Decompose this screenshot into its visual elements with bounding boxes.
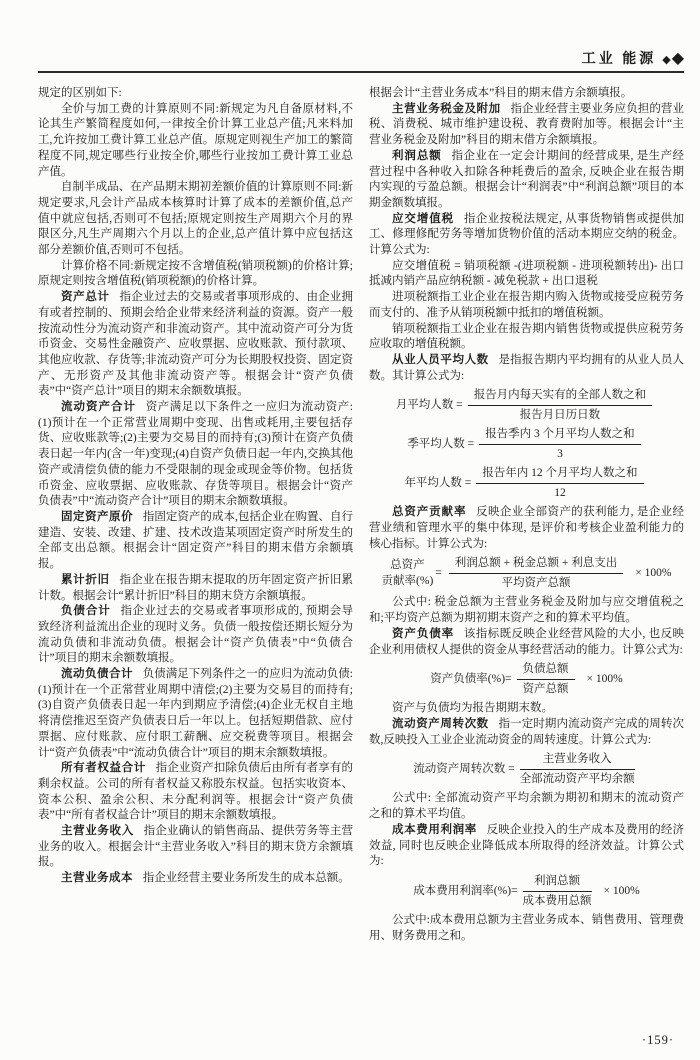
paragraph: 固定资产原价指固定资产的成本,包括企业在购置、自行建造、安装、改建、扩建、技术改… bbox=[38, 510, 353, 573]
formula-lhs: 流动资产周转次数 = bbox=[413, 762, 514, 777]
paragraph: 累计折旧指企业在报告期末提取的历年固定资产折旧累计数。根据会计“累计折旧”科目的… bbox=[38, 573, 353, 604]
fraction: 利润总额 + 税金总额 + 利息支出平均资产总额 bbox=[449, 556, 623, 591]
paragraph-text: 资产与负债均为报告期期末数。 bbox=[392, 702, 553, 714]
formula: 季平均人数 =报告季内 3 个月平均人数之和3 bbox=[369, 427, 684, 462]
formula-lhs: 年平均人数 = bbox=[404, 476, 471, 491]
paragraph: 利润总额指企业在一定会计期间的经营成果, 是生产经营过程中各种收入扣除各种耗费后… bbox=[369, 149, 684, 212]
paragraph-text: 计算价格不同:新规定按不含增值税(销项税额)的价格计算;原规定则按含增值税(销项… bbox=[38, 260, 353, 288]
section-title: 工业 能源 bbox=[582, 52, 657, 67]
term-heading: 流动负债合计 bbox=[61, 668, 133, 680]
formula: 总资产贡献率(%)=利润总额 + 税金总额 + 利息支出平均资产总额× 100% bbox=[369, 556, 684, 591]
paragraph: 所有者权益合计指企业资产扣除负债后由所有者享有的剩余权益。公司的所有者权益又称股… bbox=[38, 761, 353, 824]
right-column: 根据会计“主营业务成本”科目的期末借方余额填报。主营业务税金及附加指企业经营主要… bbox=[369, 86, 684, 1036]
fraction: 主营业务收入全部流动资产平均余额 bbox=[520, 752, 635, 787]
diamond-icon-large: ◆ bbox=[672, 50, 684, 67]
term-heading: 总资产贡献率 bbox=[392, 506, 466, 518]
two-column-content: 规定的区别如下:全价与加工费的计算原则不同:新规定为凡自备原材料,不论其生产繁简… bbox=[38, 86, 684, 1036]
paragraph: 公式中: 全部流动资产平均余额为期初和期末的流动资产之和的算术平均值。 bbox=[369, 791, 684, 822]
fraction: 利润总额成本费用总额 bbox=[523, 874, 592, 909]
term-heading: 负债合计 bbox=[61, 605, 111, 617]
paragraph: 进项税额指工业企业在报告期内购入货物或接受应税劳务而支付的、准予从销项税额中抵扣… bbox=[369, 290, 684, 321]
term-heading: 流动资产合计 bbox=[61, 401, 136, 413]
paragraph: 主营业务收入指企业确认的销售商品、提供劳务等主营业务的收入。根据会计“主营业务收… bbox=[38, 824, 353, 871]
paragraph-text: 公式中: 税金总额为主营业务税金及附加与应交增值税之和;平均资产总额为期初期末资… bbox=[369, 596, 684, 624]
term-heading: 所有者权益合计 bbox=[61, 762, 146, 774]
paragraph: 规定的区别如下: bbox=[38, 86, 353, 102]
paragraph-text: 指企业经营主要业务所发生的成本总额。 bbox=[143, 872, 350, 884]
paragraph: 资产总计指企业过去的交易或者事项形成的、由企业拥有或者控制的、预期会给企业带来经… bbox=[38, 290, 353, 400]
paragraph-text: 销项税额指工业企业在报告期内销售货物或提供应税劳务应收取的增值税额。 bbox=[369, 323, 684, 351]
paragraph: 资产与负债均为报告期期末数。 bbox=[369, 701, 684, 717]
paragraph-text: 应交增值税 = 销项税额 -(进项税额 - 进项税额转出)- 出口抵减内销产品应… bbox=[369, 260, 684, 288]
paragraph-text: 负债满足下列条件之一的应归为流动负债:(1)预计在一个正常营业周期中清偿;(2)… bbox=[38, 668, 353, 759]
term-heading: 成本费用利润率 bbox=[392, 824, 477, 836]
term-heading: 从业人员平均人数 bbox=[392, 354, 489, 366]
paragraph-text: 公式中: 全部流动资产平均余额为期初和期末的流动资产之和的算术平均值。 bbox=[369, 792, 684, 820]
paragraph-text: 全价与加工费的计算原则不同:新规定为凡自备原材料,不论其生产繁简程度如何,一律按… bbox=[38, 103, 353, 178]
formula-suffix: × 100% bbox=[604, 884, 640, 899]
term-heading: 主营业务税金及附加 bbox=[392, 103, 501, 115]
paragraph-text: 规定的区别如下: bbox=[38, 87, 122, 99]
formula-lhs: 月平均人数 = bbox=[396, 398, 463, 413]
term-heading: 资产负债率 bbox=[392, 628, 454, 640]
paragraph: 主营业务税金及附加指企业经营主要业务应负担的营业税、消费税、城市维护建设税、教育… bbox=[369, 102, 684, 149]
fraction: 负债总额资产总额 bbox=[517, 662, 575, 697]
paragraph-text: 进项税额指工业企业在报告期内购入货物或接受应税劳务而支付的、准予从销项税额中抵扣… bbox=[369, 291, 684, 319]
formula: 流动资产周转次数 =主营业务收入全部流动资产平均余额 bbox=[369, 752, 684, 787]
page-header: 工业 能源◆◆ bbox=[38, 48, 684, 73]
paragraph: 公式中:成本费用总额为主营业务成本、销售费用、管理费用、财务费用之和。 bbox=[369, 913, 684, 944]
term-heading: 固定资产原价 bbox=[61, 511, 133, 523]
paragraph: 资产负债率该指标既反映企业经营风险的大小, 也反映企业利用债权人提供的资金从事经… bbox=[369, 627, 684, 658]
term-heading: 主营业务成本 bbox=[61, 872, 133, 884]
book-page: 工业 能源◆◆ 规定的区别如下:全价与加工费的计算原则不同:新规定为凡自备原材料… bbox=[0, 0, 700, 1060]
fraction: 报告年内 12 个月平均人数之和12 bbox=[476, 466, 643, 501]
paragraph: 自制半成品、在产品期末期初差额价值的计算原则不同:新规定要求,凡会计产品成本核算… bbox=[38, 180, 353, 259]
paragraph: 从业人员平均人数是指报告期内平均拥有的从业人员人数。其计算公式为: bbox=[369, 353, 684, 384]
term-heading: 累计折旧 bbox=[61, 574, 110, 586]
paragraph: 总资产贡献率反映企业全部资产的获利能力, 是企业经营业绩和管理水平的集中体现, … bbox=[369, 505, 684, 552]
paragraph: 流动资产合计资产满足以下条件之一应归为流动资产:(1)预计在一个正常营业周期中变… bbox=[38, 400, 353, 510]
term-heading: 应交增值税 bbox=[392, 213, 454, 225]
fraction: 报告月内每天实有的全部人数之和报告月日历日数 bbox=[468, 388, 653, 423]
formula-suffix: × 100% bbox=[635, 566, 671, 581]
term-heading: 流动资产周转次数 bbox=[392, 718, 489, 730]
paragraph: 计算价格不同:新规定按不含增值税(销项税额)的价格计算;原规定则按含增值税(销项… bbox=[38, 259, 353, 290]
formula-lhs: 总资产贡献率(%) bbox=[382, 558, 434, 589]
left-column: 规定的区别如下:全价与加工费的计算原则不同:新规定为凡自备原材料,不论其生产繁简… bbox=[38, 86, 353, 1036]
formula-suffix: × 100% bbox=[587, 672, 623, 687]
page-number: ·159· bbox=[642, 1033, 674, 1048]
paragraph: 销项税额指工业企业在报告期内销售货物或提供应税劳务应收取的增值税额。 bbox=[369, 322, 684, 353]
diamond-icon-small: ◆ bbox=[662, 54, 670, 66]
paragraph: 公式中: 税金总额为主营业务税金及附加与应交增值税之和;平均资产总额为期初期末资… bbox=[369, 595, 684, 626]
paragraph: 流动资产周转次数指一定时期内流动资产完成的周转次数,反映投入工业企业流动资金的周… bbox=[369, 717, 684, 748]
paragraph: 全价与加工费的计算原则不同:新规定为凡自备原材料,不论其生产繁简程度如何,一律按… bbox=[38, 102, 353, 181]
formula-lhs: 成本费用利润率(%)= bbox=[413, 884, 517, 899]
paragraph-text: 指企业过去的交易或者事项形成的、由企业拥有或者控制的、预期会给企业带来经济利益的… bbox=[38, 291, 353, 397]
paragraph-text: 自制半成品、在产品期末期初差额价值的计算原则不同:新规定要求,凡会计产品成本核算… bbox=[38, 181, 353, 256]
formula-lhs: 季平均人数 = bbox=[407, 437, 474, 452]
fraction: 报告季内 3 个月平均人数之和3 bbox=[479, 427, 641, 462]
formula: 月平均人数 =报告月内每天实有的全部人数之和报告月日历日数 bbox=[369, 388, 684, 423]
paragraph-text: 公式中:成本费用总额为主营业务成本、销售费用、管理费用、财务费用之和。 bbox=[369, 914, 684, 942]
paragraph: 成本费用利润率反映企业投入的生产成本及费用的经济效益, 同时也反映企业降低成本所… bbox=[369, 823, 684, 870]
term-heading: 利润总额 bbox=[392, 150, 442, 162]
paragraph: 应交增值税 = 销项税额 -(进项税额 - 进项税额转出)- 出口抵减内销产品应… bbox=[369, 259, 684, 290]
formula: 资产负债率(%)=负债总额资产总额× 100% bbox=[369, 662, 684, 697]
paragraph: 主营业务成本指企业经营主要业务所发生的成本总额。 bbox=[38, 871, 353, 887]
paragraph: 应交增值税指企业按税法规定, 从事货物销售或提供加工、修理修配劳务等增加货物价值… bbox=[369, 212, 684, 259]
term-heading: 主营业务收入 bbox=[61, 825, 134, 837]
paragraph: 根据会计“主营业务成本”科目的期末借方余额填报。 bbox=[369, 86, 684, 102]
paragraph-text: 资产满足以下条件之一应归为流动资产:(1)预计在一个正常营业周期中变现、出售或耗… bbox=[38, 401, 353, 507]
formula: 成本费用利润率(%)=利润总额成本费用总额× 100% bbox=[369, 874, 684, 909]
paragraph-text: 根据会计“主营业务成本”科目的期末借方余额填报。 bbox=[369, 87, 632, 99]
paragraph: 流动负债合计负债满足下列条件之一的应归为流动负债:(1)预计在一个正常营业周期中… bbox=[38, 667, 353, 761]
term-heading: 资产总计 bbox=[61, 291, 110, 303]
formula: 年平均人数 =报告年内 12 个月平均人数之和12 bbox=[369, 466, 684, 501]
formula-lhs: 资产负债率(%)= bbox=[430, 672, 511, 687]
paragraph: 负债合计指企业过去的交易或者事项形成的, 预期会导致经济利益流出企业的现时义务。… bbox=[38, 604, 353, 667]
